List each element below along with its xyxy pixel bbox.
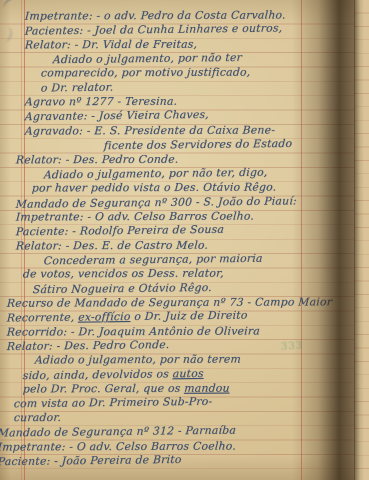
handwritten-line: Impetrante: - O adv. Celso Barros Coelho… (0, 439, 236, 454)
handwritten-line: comparecido, por motivo justificado, (40, 66, 250, 81)
handwritten-line: Relator: - Des. Pedro Conde. (15, 152, 179, 167)
notebook-paper: Impetrante: - o adv. Pedro da Costa Carv… (0, 0, 354, 480)
stamp-mark: 333 (281, 340, 304, 353)
handwritten-line: ficente dos Servidores do Estado (103, 137, 292, 154)
handwritten-line: Paciente: - João Pereira de Brito (0, 453, 182, 470)
handwritten-line: Relator: - Des. E. de Castro Melo. (15, 238, 208, 253)
handwritten-line: com vista ao Dr. Primeiro Sub-Pro- (13, 395, 212, 412)
handwritten-line: Mandado de Segurança nº 312 - Parnaíba (0, 424, 236, 441)
handwritten-line: Relator: - Dr. Vidal de Freitas, (24, 37, 197, 52)
handwritten-line: de votos, vencidos os Dess. relator, (22, 267, 224, 282)
handwritten-line: curador. (13, 411, 61, 426)
handwritten-line: por haver pedido vista o Des. Otávio Rêg… (31, 181, 276, 196)
handwritten-line: Pacientes: - Joel da Cunha Linhares e ou… (24, 22, 282, 39)
handwritten-line: Adiado o julgamento, por não terem (34, 353, 241, 368)
next-page-edge (354, 0, 369, 480)
handwritten-line: Agravado: - E. S. Presidente da Caixa Be… (24, 123, 275, 138)
handwritten-line: Agravo nº 1277 - Teresina. (24, 95, 177, 110)
handwritten-line: Recorrido: - Dr. Joaquim Antônio de Oliv… (6, 324, 260, 339)
handwritten-line: Paciente: - Rodolfo Pereira de Sousa (15, 223, 224, 240)
handwritten-line: Relator: - Des. Pedro Conde. (6, 338, 170, 354)
scanned-notebook-page: Impetrante: - o adv. Pedro da Costa Carv… (0, 0, 369, 480)
handwritten-line: o Dr. relator. (40, 80, 114, 95)
handwritten-line: Recorrente, ex-offício o Dr. Juiz de Dir… (6, 309, 248, 326)
handwritten-line: Agravante: - José Vieira Chaves, (24, 108, 209, 125)
handwritten-line: sido, ainda, devolvidos os autos (22, 367, 204, 384)
handwriting-layer: Impetrante: - o adv. Pedro da Costa Carv… (0, 0, 354, 480)
handwritten-line: Sátiro Nogueira e Otávio Rêgo. (32, 281, 212, 298)
